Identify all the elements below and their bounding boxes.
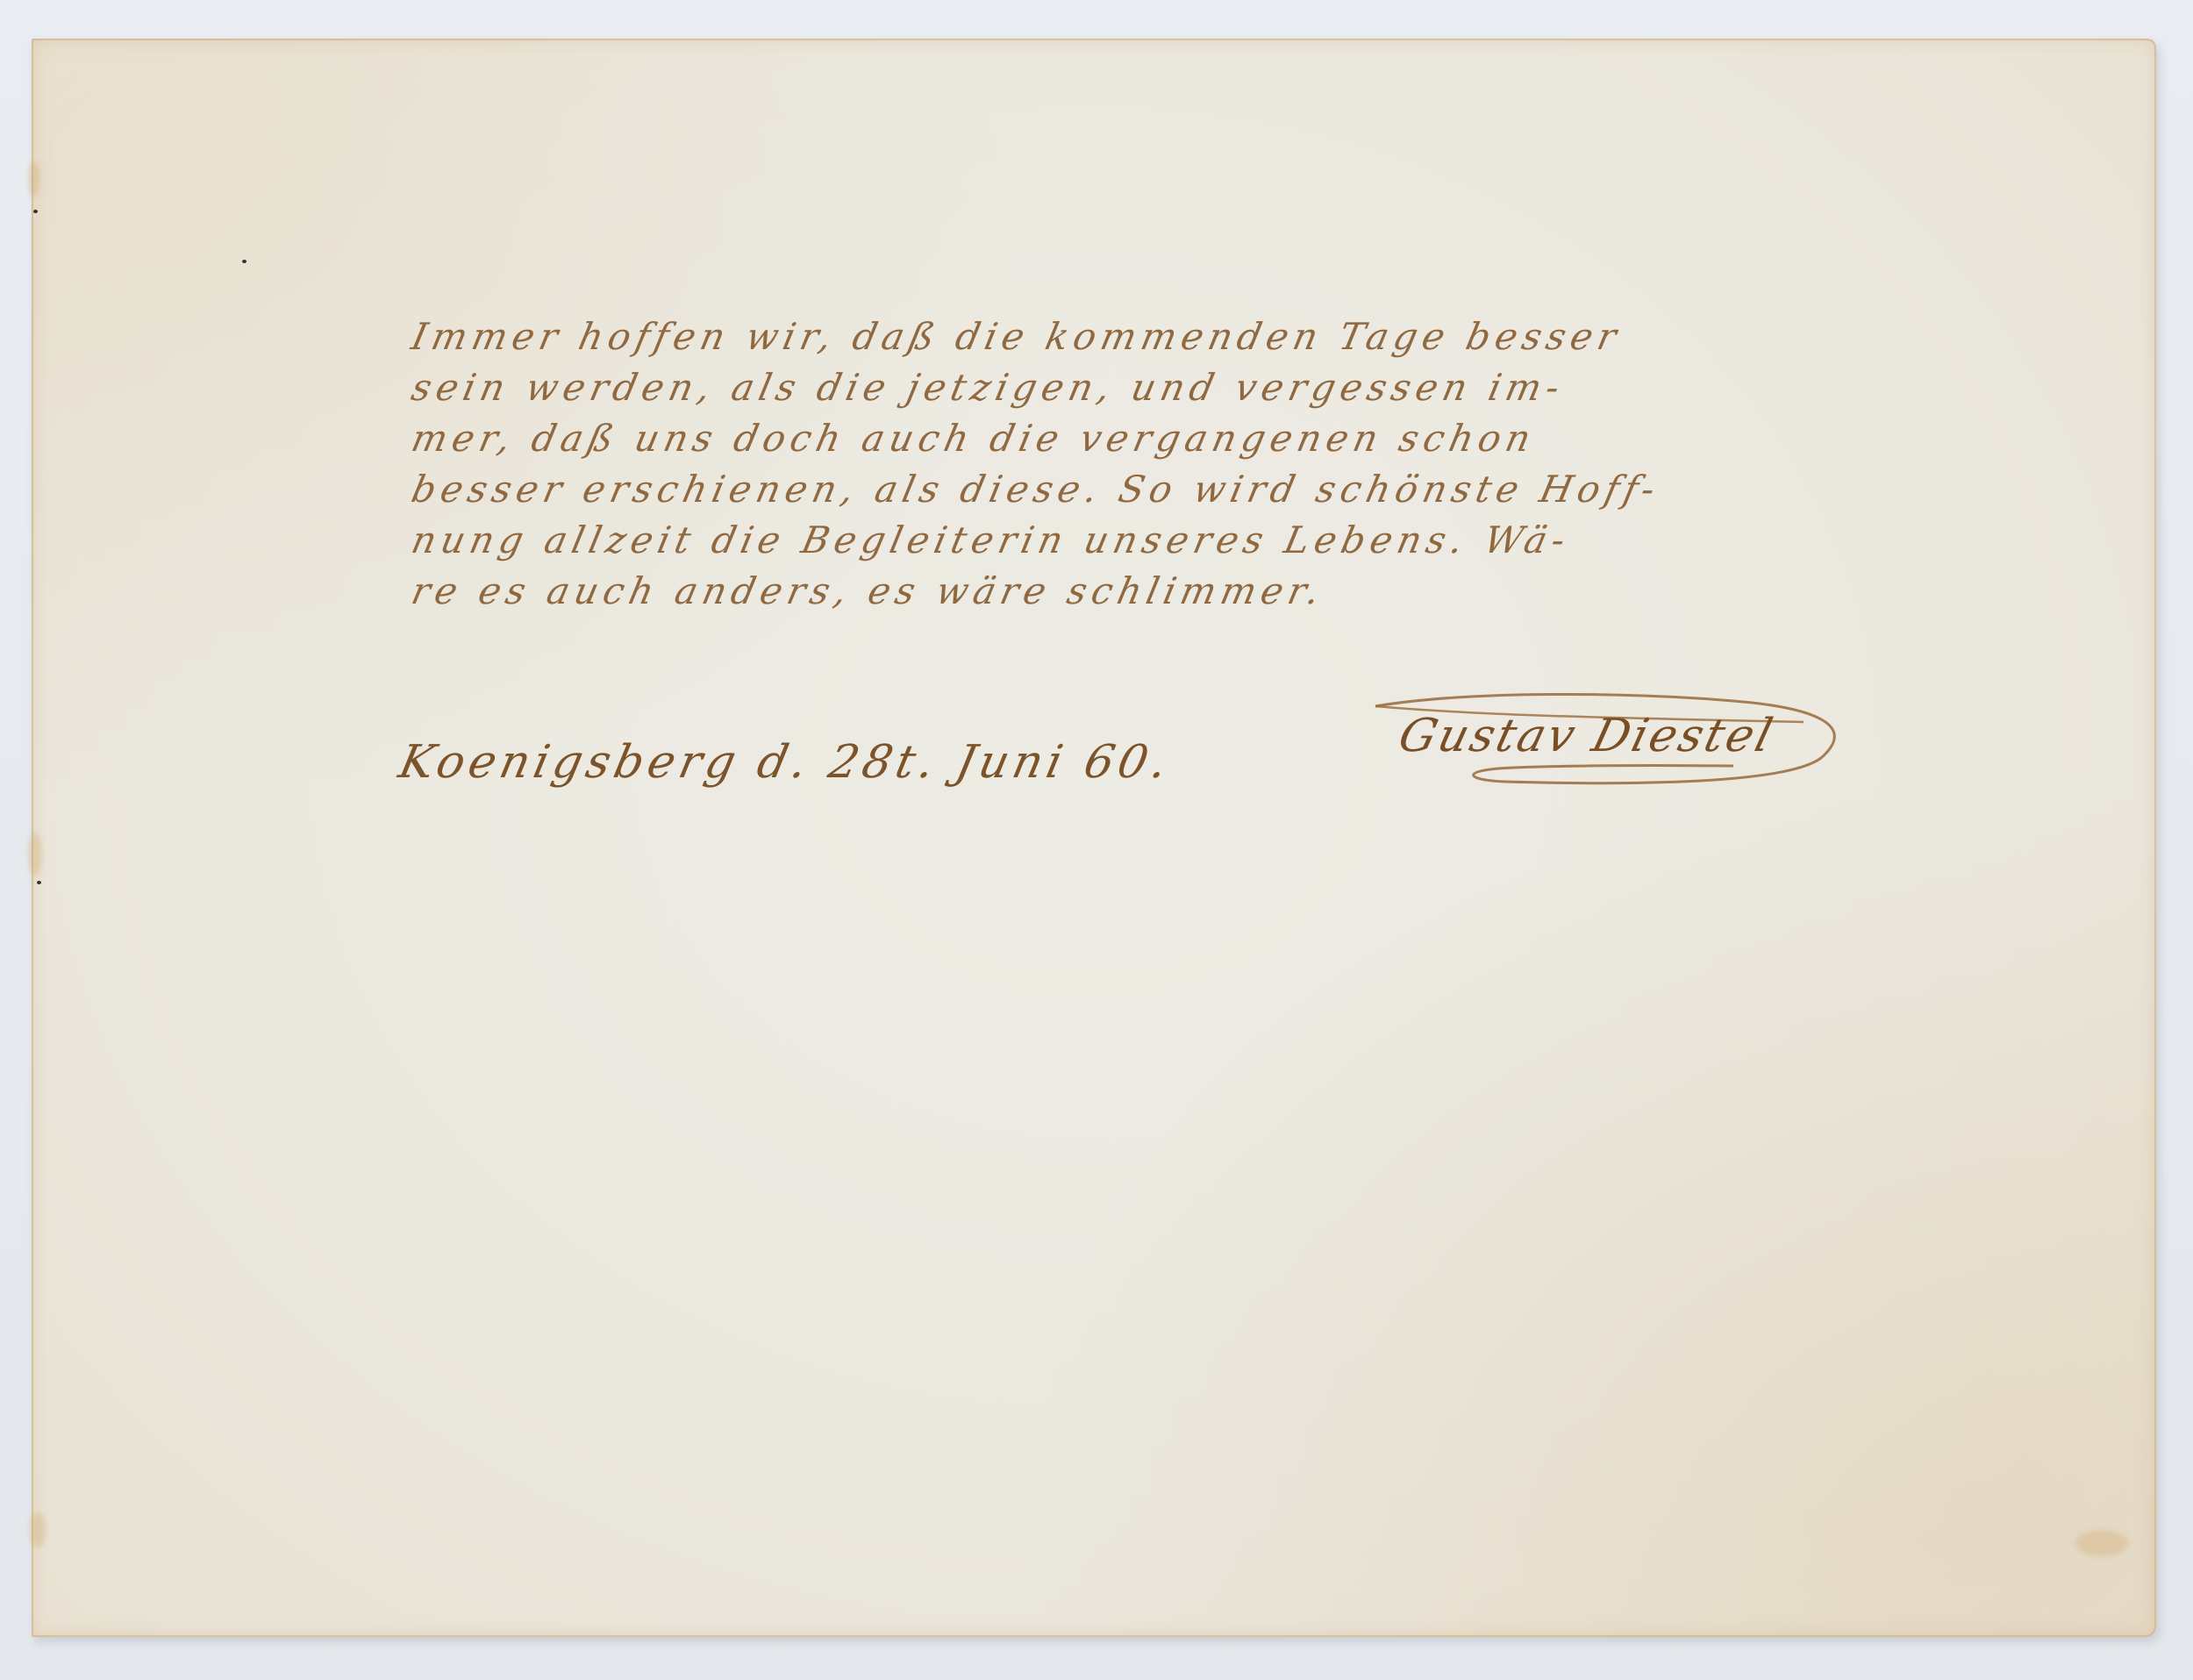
text-line: besser erschienen, als diese. So wird sc… xyxy=(407,464,1786,515)
text-line: nung allzeit die Begleiterin unseres Leb… xyxy=(407,515,1786,566)
text-line: sein werden, als die jetzigen, und verge… xyxy=(407,362,1786,413)
signature: Gustav Diestel xyxy=(1365,675,1856,806)
foxing-stain xyxy=(30,1512,46,1548)
ink-speck xyxy=(242,260,246,263)
text-line: re es auch anders, es wäre schlimmer. xyxy=(407,566,1786,617)
foxing-stain xyxy=(28,833,42,876)
foxing-stain xyxy=(2075,1530,2128,1556)
text-line: mer, daß uns doch auch die vergangenen s… xyxy=(407,413,1786,464)
text-line: Immer hoffen wir, daß die kommenden Tage… xyxy=(407,311,1786,362)
place-date: Koenigsberg d. 28t. Juni 60. xyxy=(395,736,1176,789)
foxing-stain xyxy=(28,161,40,197)
ink-speck xyxy=(37,881,41,884)
handwritten-text: Immer hoffen wir, daß die kommenden Tage… xyxy=(412,311,1781,617)
paper-sheet: Immer hoffen wir, daß die kommenden Tage… xyxy=(32,39,2156,1637)
ink-speck xyxy=(33,210,38,213)
signature-name: Gustav Diestel xyxy=(1394,710,1781,762)
